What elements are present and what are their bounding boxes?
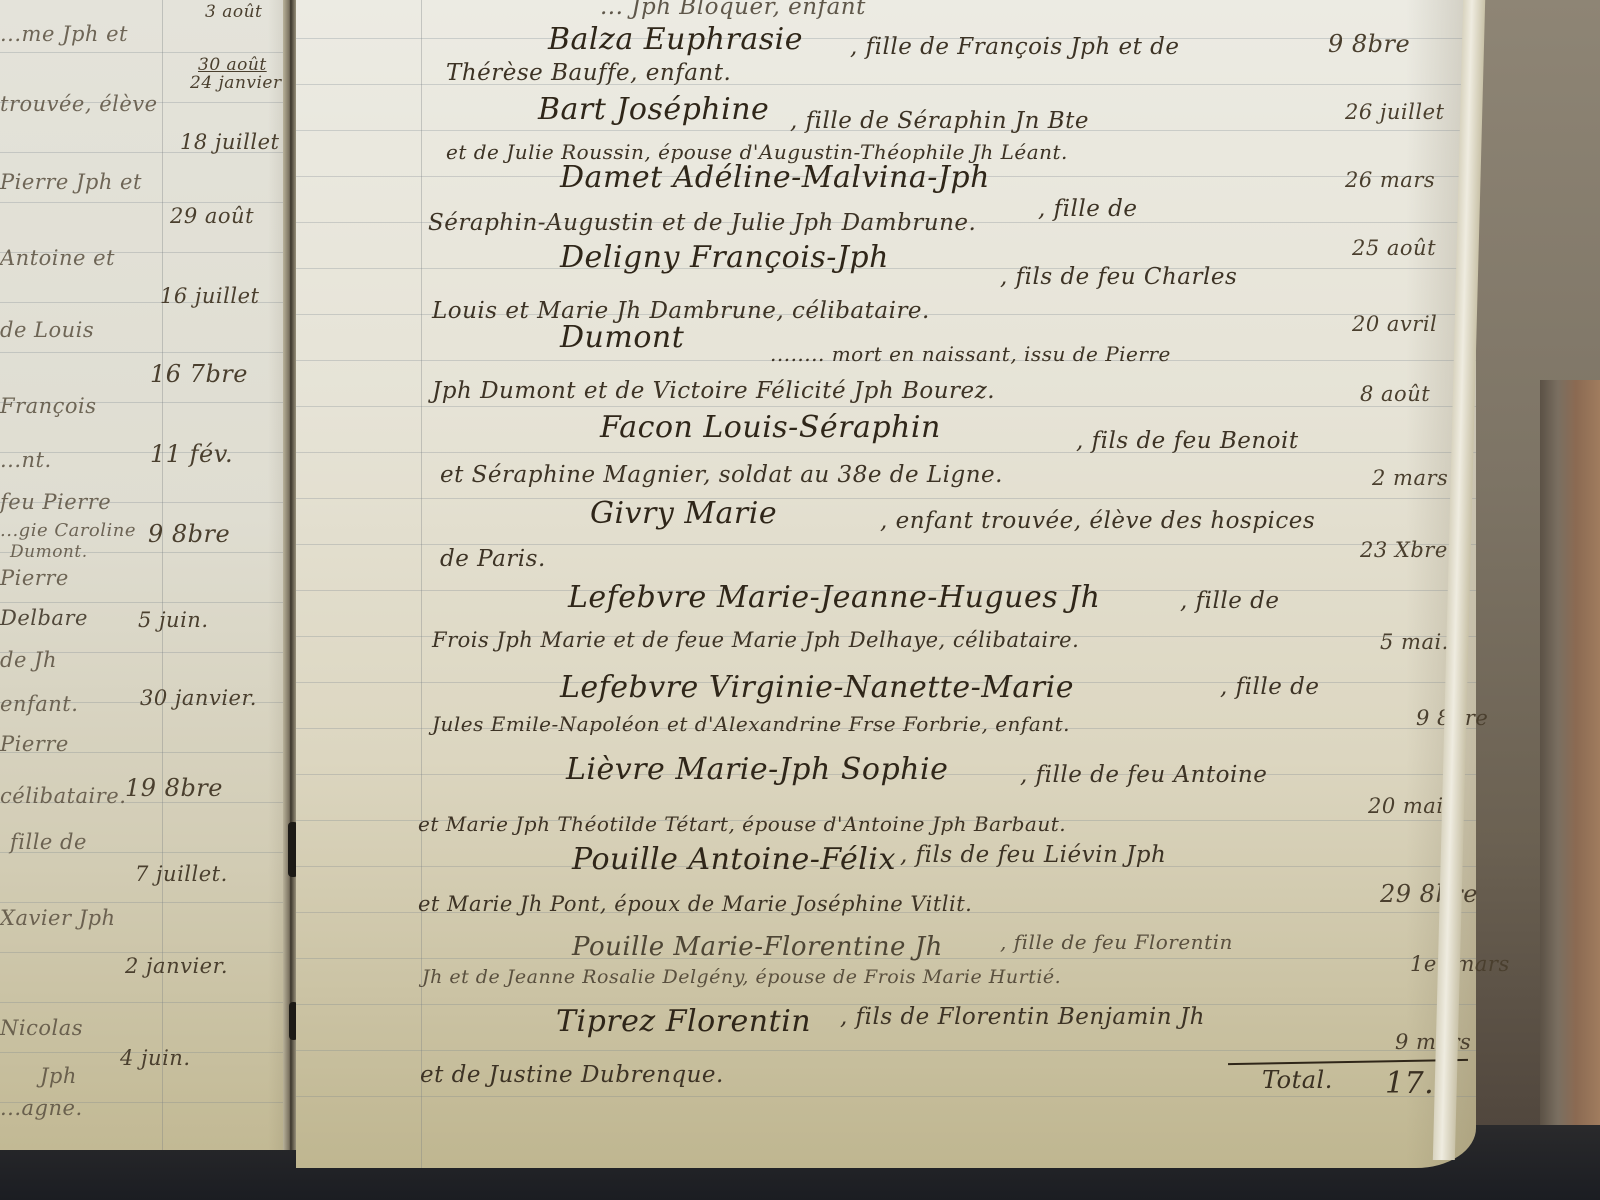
- entry-desc: , fils de feu Charles: [1000, 264, 1237, 290]
- entry-desc: Jph Dumont et de Victoire Félicité Jph B…: [432, 378, 995, 404]
- left-fragment: ...me Jph et: [0, 22, 128, 46]
- entry-name: Lièvre Marie-Jph Sophie: [566, 752, 948, 787]
- left-date: 11 fév.: [150, 440, 233, 468]
- left-date: 30 janvier.: [140, 686, 257, 710]
- entry-date: 29 8bre: [1380, 880, 1478, 908]
- left-fragment: Jph: [40, 1064, 77, 1088]
- left-fragment: Nicolas: [0, 1016, 83, 1040]
- entry-desc: Thérèse Bauffe, enfant.: [446, 60, 731, 86]
- entry-desc: Frois Jph Marie et de feue Marie Jph Del…: [432, 628, 1079, 652]
- left-date: 24 janvier: [190, 73, 282, 93]
- entry-date: 23 Xbre: [1360, 538, 1448, 562]
- left-fragment: fille de: [10, 830, 87, 854]
- entry-desc: et Marie Jh Pont, époux de Marie Joséphi…: [418, 892, 972, 916]
- entry-desc: et Séraphine Magnier, soldat au 38e de L…: [440, 462, 1003, 488]
- total-label: Total.: [1262, 1066, 1333, 1094]
- entry-desc: , enfant trouvée, élève des hospices: [880, 508, 1315, 534]
- entry-name: Damet Adéline-Malvina-Jph: [560, 160, 990, 195]
- entry-name: Facon Louis-Séraphin: [600, 410, 941, 445]
- last-entry-date: 9 mars: [1395, 1030, 1471, 1054]
- entry-desc: Jules Emile-Napoléon et d'Alexandrine Fr…: [432, 712, 1070, 736]
- entry-desc: , fille de feu Florentin: [1000, 930, 1233, 954]
- entry-desc: Séraphin-Augustin et de Julie Jph Dambru…: [428, 210, 976, 236]
- left-fragment: de Louis: [0, 318, 94, 342]
- entry-date: 26 mars: [1345, 168, 1435, 192]
- left-fragment: Pierre: [0, 566, 69, 590]
- left-fragment: enfant.: [0, 692, 78, 716]
- entry-desc: , fils de feu Liévin Jph: [900, 842, 1166, 868]
- left-fragment: Antoine et: [0, 246, 115, 270]
- entry-desc: de Paris.: [440, 546, 546, 572]
- book-gutter: [283, 0, 297, 1150]
- left-date: 3 août: [205, 2, 262, 22]
- left-fragment: feu Pierre: [0, 490, 111, 514]
- entry-desc: , fille de Séraphin Jn Bte: [790, 108, 1089, 134]
- left-fragment: ...nt.: [0, 448, 52, 472]
- left-date: 29 août: [170, 204, 254, 228]
- entry-name: Pouille Antoine-Félix: [572, 842, 896, 877]
- entry-name: Balza Euphrasie: [548, 22, 803, 57]
- entry-desc: ........ mort en naissant, issu de Pierr…: [770, 342, 1171, 366]
- entry-name: Pouille Marie-Florentine Jh: [572, 932, 943, 962]
- entry-desc: , fille de: [1180, 588, 1279, 614]
- left-fragment: célibataire.: [0, 784, 126, 808]
- left-date: 30 août: [198, 55, 267, 75]
- left-fragment: trouvée, élève: [0, 92, 158, 116]
- entry-name: Deligny François-Jph: [560, 240, 889, 275]
- entry-date: 20 avril: [1352, 312, 1437, 336]
- entry-name: Lefebvre Virginie-Nanette-Marie: [560, 670, 1074, 705]
- left-date: 9 8bre: [148, 520, 230, 548]
- entry-date: 26 juillet: [1345, 100, 1444, 124]
- left-date: 5 juin.: [138, 608, 209, 632]
- left-date: 7 juillet.: [135, 862, 228, 886]
- entry-desc: et Marie Jph Théotilde Tétart, épouse d'…: [418, 812, 1066, 836]
- entry-desc: , fille de feu Antoine: [1020, 762, 1267, 788]
- left-fragment: ...gie Caroline: [0, 520, 136, 541]
- left-fragment: de Jh: [0, 648, 57, 672]
- entry-date: 25 août: [1352, 236, 1436, 260]
- entry-desc: , fille de: [1220, 674, 1319, 700]
- entry-date: 20 mai.: [1368, 794, 1451, 818]
- entry-desc: , fils de feu Benoit: [1076, 428, 1299, 454]
- left-page: ...me Jph et trouvée, élève Pierre Jph e…: [0, 0, 298, 1150]
- left-fragment: ...agne.: [0, 1096, 83, 1120]
- entry-desc: , fille de François Jph et de: [850, 34, 1180, 60]
- entry-name: Lefebvre Marie-Jeanne-Hugues Jh: [568, 580, 1101, 615]
- left-date: 2 janvier.: [125, 954, 228, 978]
- left-date: 16 juillet: [160, 284, 259, 308]
- left-fragment: Dumont.: [10, 542, 88, 562]
- left-fragment: Delbare: [0, 606, 88, 630]
- total-value: 17.: [1385, 1066, 1434, 1101]
- entry-date: 9 8bre: [1328, 30, 1410, 58]
- left-fragment: Pierre Jph et: [0, 170, 142, 194]
- entry-desc: et de Justine Dubrenque.: [420, 1062, 724, 1088]
- entry-name: Tiprez Florentin: [556, 1004, 811, 1039]
- left-date: 19 8bre: [125, 774, 223, 802]
- left-date: 16 7bre: [150, 360, 248, 388]
- left-fragment: François: [0, 394, 97, 418]
- entry-name: Bart Joséphine: [538, 92, 769, 127]
- left-fragment: Xavier Jph: [0, 906, 116, 930]
- entry-desc: , fils de Florentin Benjamin Jh: [840, 1004, 1205, 1030]
- left-date: 4 juin.: [120, 1046, 191, 1070]
- entry-name: Dumont: [560, 320, 684, 355]
- entry-date: 5 mai.: [1380, 630, 1449, 654]
- entry-desc: , fille de: [1038, 196, 1137, 222]
- entry-date: 8 août: [1360, 382, 1430, 406]
- left-date: 18 juillet: [180, 130, 279, 154]
- entry-desc: Jh et de Jeanne Rosalie Delgény, épouse …: [422, 966, 1061, 988]
- table-edge: [1540, 380, 1600, 1200]
- top-fragment: ... Jph Bloquer, enfant: [600, 0, 866, 20]
- left-fragment: Pierre: [0, 732, 69, 756]
- entry-name: Givry Marie: [590, 496, 777, 531]
- entry-date: 2 mars: [1372, 466, 1448, 490]
